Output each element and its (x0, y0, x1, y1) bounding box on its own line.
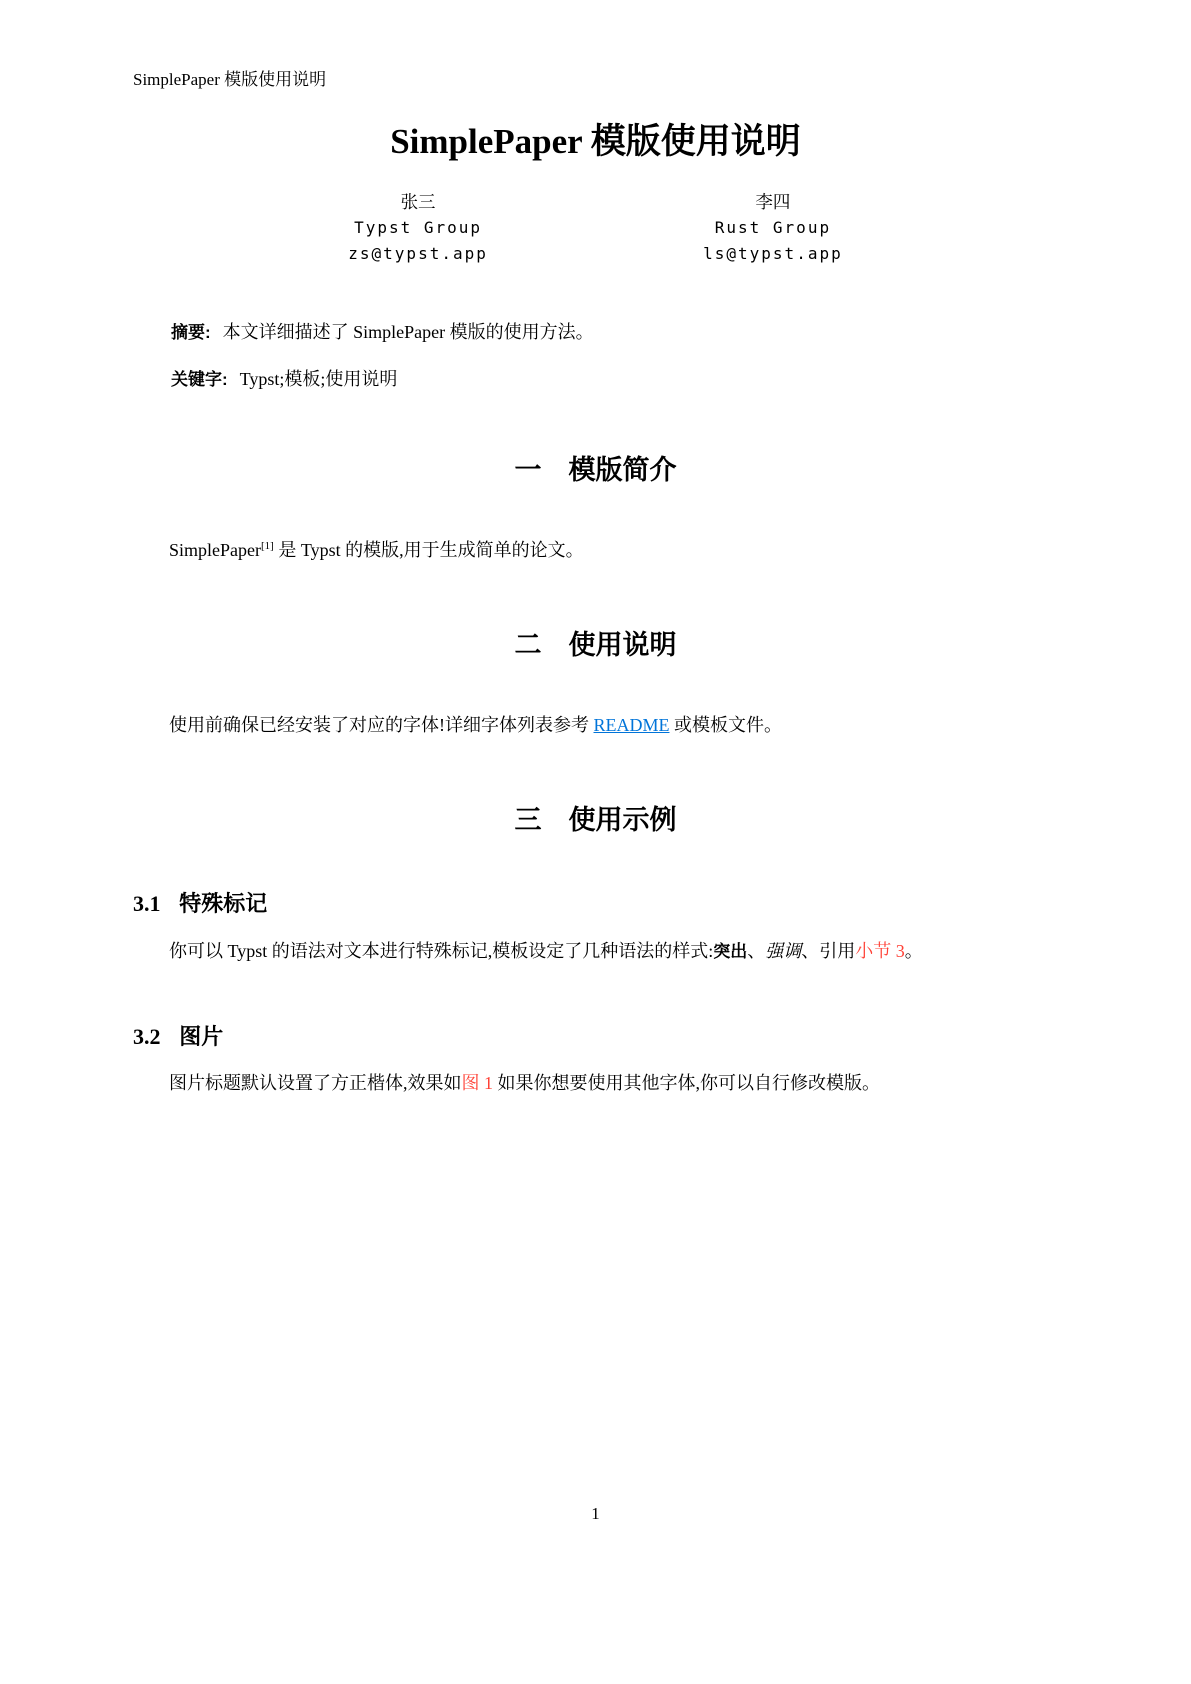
keywords-label: 关键字: (171, 370, 228, 389)
marks-text-pre: 你可以 Typst 的语法对文本进行特殊标记,模板设定了几种语法的样式: (169, 941, 713, 961)
author-entry-2: 李四 Rust Group ls@typst.app (703, 189, 843, 267)
subsection-heading-3-2: 3.2图片 (133, 1023, 1058, 1052)
author-name: 张三 (348, 189, 488, 215)
author-block: 张三 Typst Group zs@typst.app 李四 Rust Grou… (133, 189, 1058, 267)
figure-text-post: 如果你想要使用其他字体,你可以自行修改模版。 (493, 1073, 880, 1093)
marks-text-post: 。 (905, 941, 923, 961)
keywords-line: 关键字:Typst;模板;使用说明 (171, 364, 1058, 395)
marks-text-mid: 、引用 (801, 941, 855, 961)
subsection-title: 特殊标记 (179, 891, 267, 916)
author-email: ls@typst.app (703, 241, 843, 267)
section-title: 模版简介 (569, 455, 677, 485)
document-page: SimplePaper 模版使用说明 SimplePaper 模版使用说明 张三… (0, 0, 1191, 1684)
page-number: 1 (0, 1504, 1191, 1524)
figure-cross-reference-link[interactable]: 图 1 (462, 1073, 494, 1093)
section-title: 使用示例 (569, 805, 677, 835)
subsection-heading-3-1: 3.1特殊标记 (133, 890, 1058, 919)
author-entry-1: 张三 Typst Group zs@typst.app (348, 189, 488, 267)
subsection-number: 3.2 (133, 1024, 161, 1049)
section-heading-1: 一模版简介 (133, 453, 1058, 488)
author-affiliation: Rust Group (703, 215, 843, 241)
section-cross-reference-link[interactable]: 小节 3 (855, 941, 905, 961)
subsection-title: 图片 (179, 1024, 223, 1049)
strong-sample: 突出 (713, 942, 747, 961)
marks-separator: 、 (747, 941, 765, 961)
emphasis-sample: 强调 (765, 941, 801, 961)
figure-text-pre: 图片标题默认设置了方正楷体,效果如 (169, 1073, 462, 1093)
paragraph-usage: 使用前确保已经安装了对应的字体!详细字体列表参考 README 或模板文件。 (133, 707, 1058, 745)
subsection-number: 3.1 (133, 891, 161, 916)
paragraph-figure: 图片标题默认设置了方正楷体,效果如图 1 如果你想要使用其他字体,你可以自行修改… (133, 1065, 1058, 1103)
paragraph-marks: 你可以 Typst 的语法对文本进行特殊标记,模板设定了几种语法的样式:突出、强… (133, 933, 1058, 971)
document-title: SimplePaper 模版使用说明 (133, 118, 1058, 165)
section-heading-3: 三使用示例 (133, 803, 1058, 838)
section-number: 二 (515, 630, 542, 660)
abstract-label: 摘要: (171, 323, 211, 342)
section-number: 三 (515, 805, 542, 835)
section-number: 一 (515, 455, 542, 485)
author-email: zs@typst.app (348, 241, 488, 267)
author-name: 李四 (703, 189, 843, 215)
keywords-text: Typst;模板;使用说明 (240, 369, 398, 389)
running-header: SimplePaper 模版使用说明 (133, 68, 1058, 92)
readme-link[interactable]: README (594, 715, 670, 735)
usage-text-pre: 使用前确保已经安装了对应的字体!详细字体列表参考 (169, 715, 594, 735)
author-affiliation: Typst Group (348, 215, 488, 241)
intro-text-pre: SimplePaper (169, 540, 261, 560)
usage-text-post: 或模板文件。 (670, 715, 783, 735)
abstract-line: 摘要:本文详细描述了 SimplePaper 模版的使用方法。 (171, 317, 1058, 348)
abstract-text: 本文详细描述了 SimplePaper 模版的使用方法。 (223, 322, 594, 342)
paragraph-intro: SimplePaper[1] 是 Typst 的模版,用于生成简单的论文。 (133, 532, 1058, 570)
footnote-reference[interactable]: [1] (261, 540, 274, 552)
intro-text-post: 是 Typst 的模版,用于生成简单的论文。 (274, 540, 584, 560)
section-title: 使用说明 (569, 630, 677, 660)
section-heading-2: 二使用说明 (133, 628, 1058, 663)
